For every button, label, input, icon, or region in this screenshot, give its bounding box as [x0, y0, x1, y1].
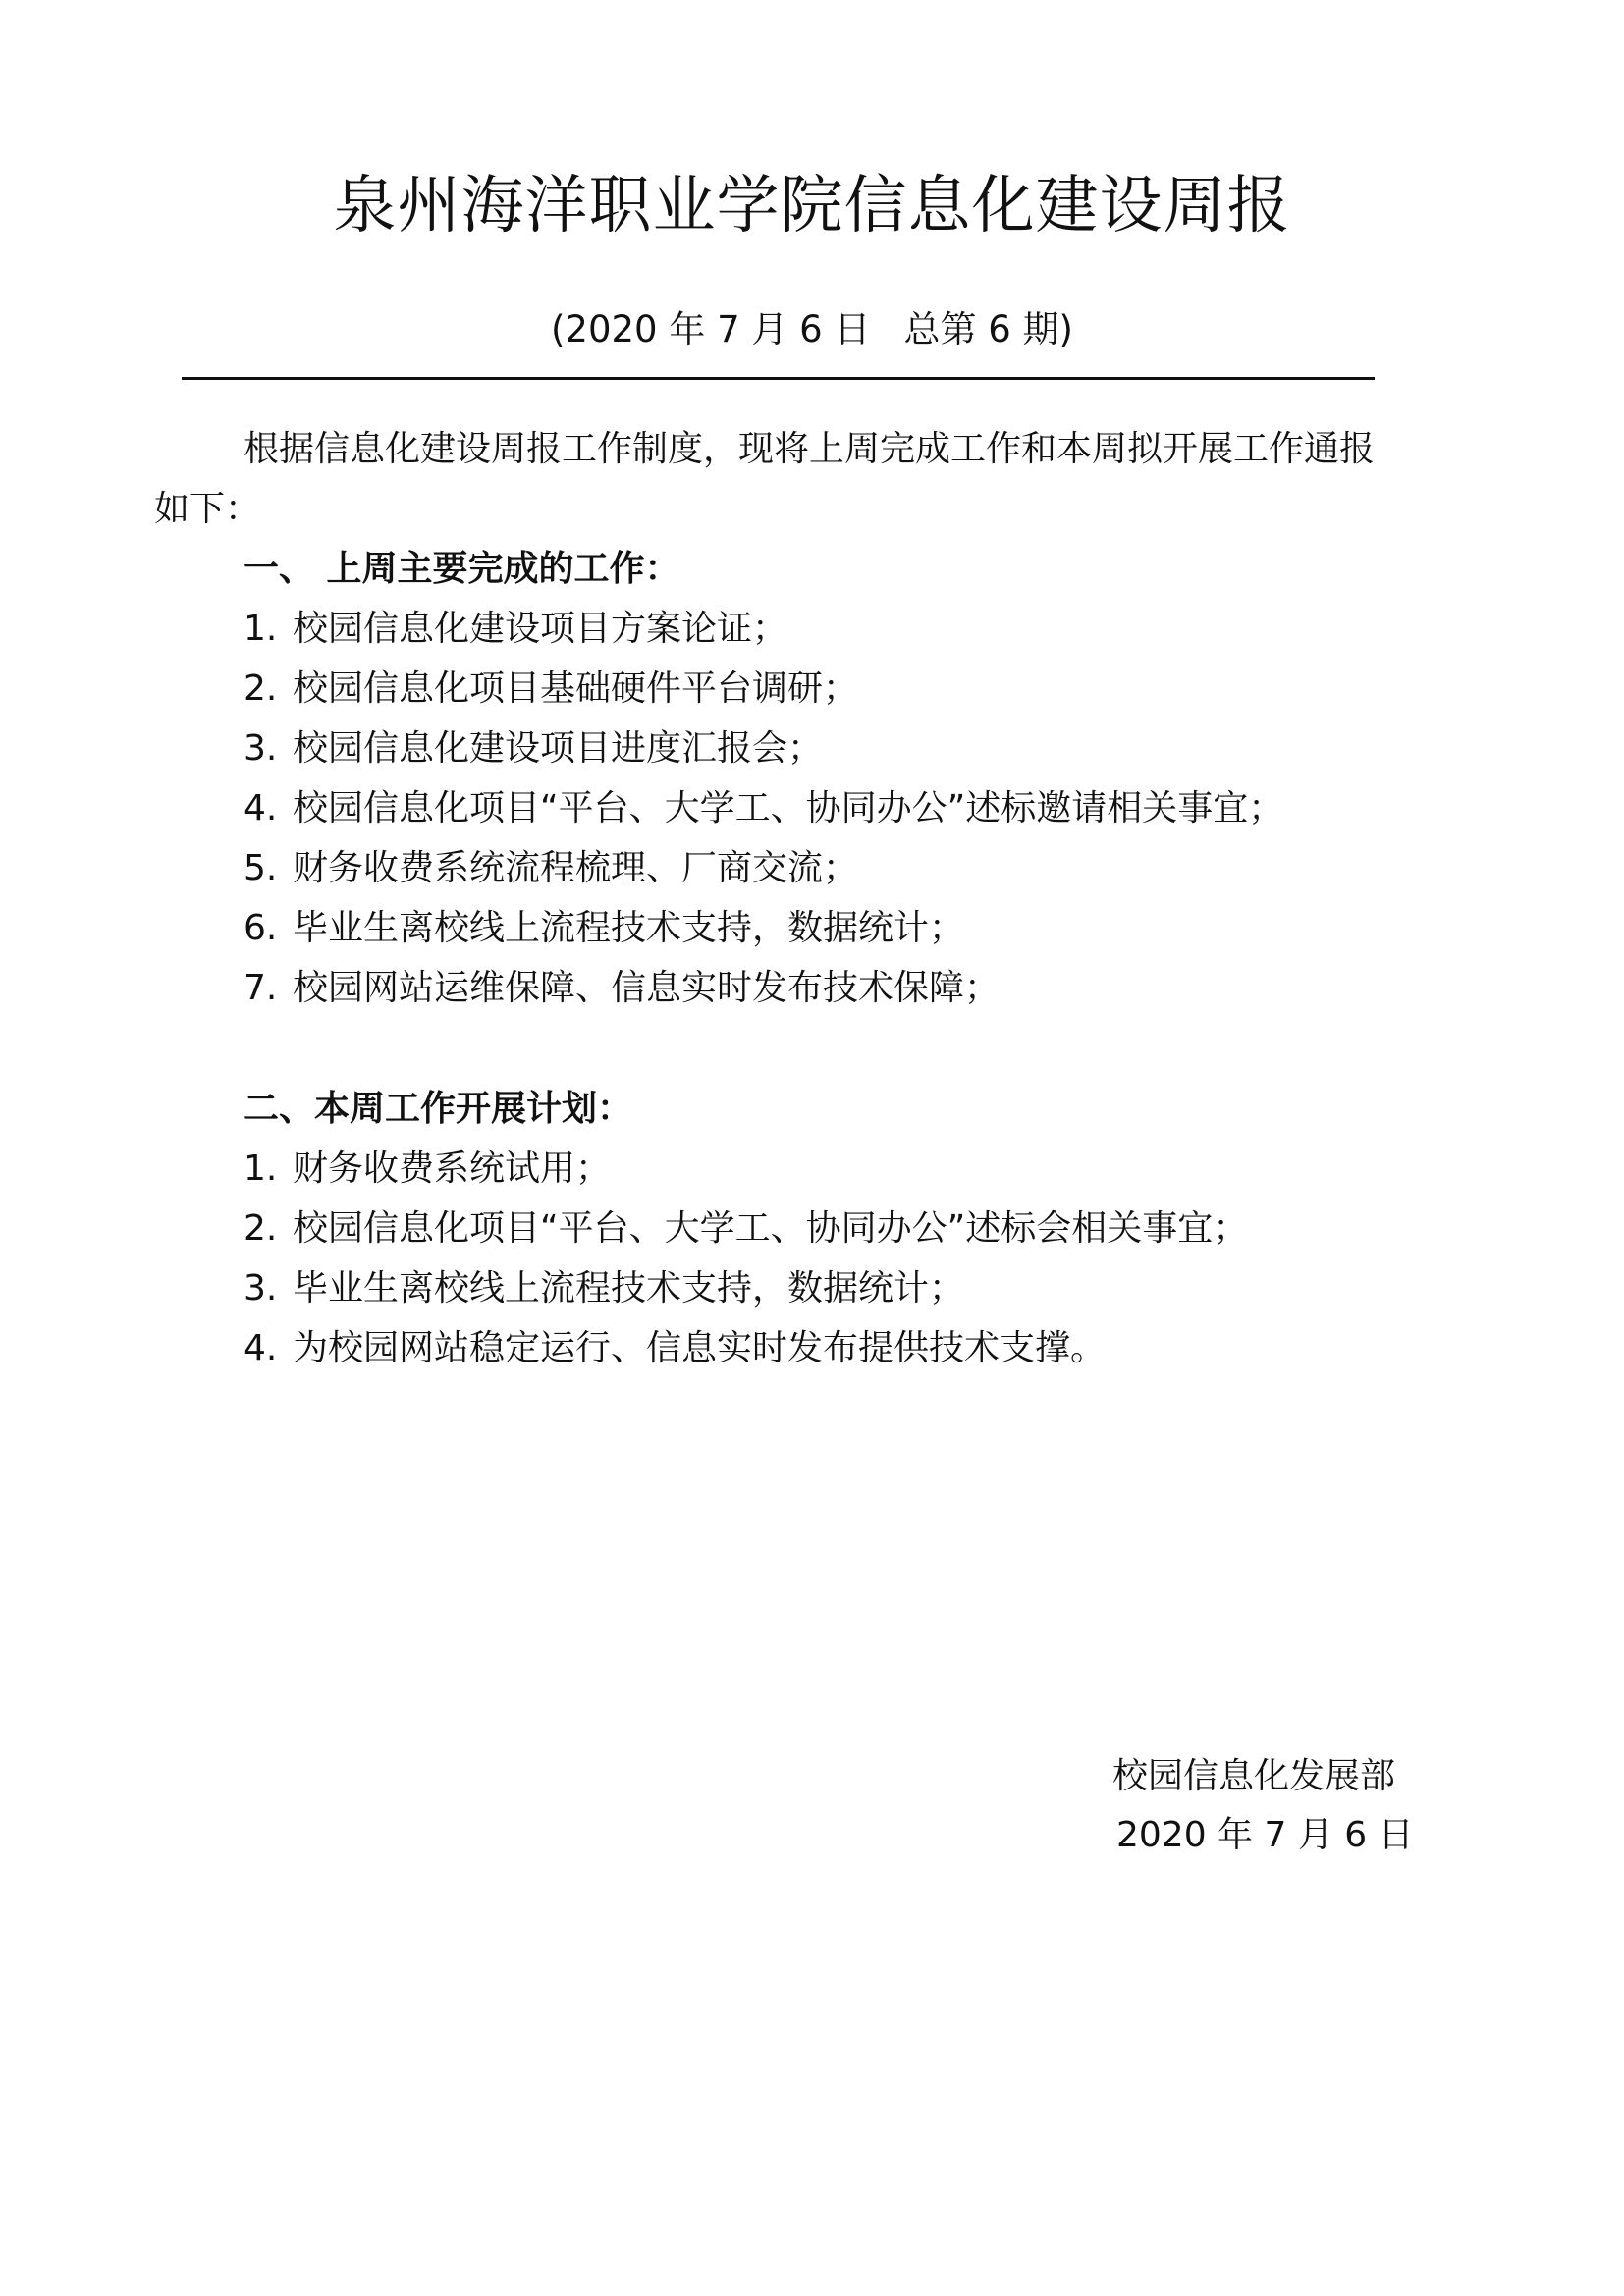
- list-item: 4.校园信息化项目“平台、大学工、协同办公”述标邀请相关事宜；: [244, 784, 1283, 833]
- signature-date: 2020 年 7 月 6 日: [1116, 1811, 1414, 1860]
- list-item: 2.校园信息化项目基础硬件平台调研；: [244, 665, 858, 714]
- list-item: 6.毕业生离校线上流程技术支持，数据统计；: [244, 904, 964, 953]
- list-item: 1.财务收费系统试用；: [244, 1145, 611, 1194]
- list-item: 1.校园信息化建设项目方案论证；: [244, 605, 787, 654]
- list-item: 4.为校园网站稳定运行、信息实时发布提供技术支撑。: [244, 1324, 1106, 1373]
- issue-date: (2020 年 7 月 6 日: [551, 308, 870, 350]
- document-subtitle: (2020 年 7 月 6 日总第 6 期): [0, 302, 1624, 357]
- list-item: 3.校园信息化建设项目进度汇报会；: [244, 724, 823, 774]
- section-heading-last-week: 一、 上周主要完成的工作：: [244, 545, 680, 594]
- list-item: 7.校园网站运维保障、信息实时发布技术保障；: [244, 964, 1000, 1013]
- signature-department: 校园信息化发展部: [1112, 1752, 1395, 1801]
- issue-number: 总第 6 期): [903, 308, 1073, 350]
- list-item: 3.毕业生离校线上流程技术支持，数据统计；: [244, 1264, 964, 1313]
- intro-paragraph-line-2: 如下：: [154, 485, 260, 534]
- list-item: 2.校园信息化项目“平台、大学工、协同办公”述标会相关事宜；: [244, 1204, 1248, 1254]
- document-title: 泉州海洋职业学院信息化建设周报: [0, 162, 1624, 250]
- section-heading-this-week: 二、本周工作开展计划：: [244, 1085, 632, 1134]
- header-divider: [182, 377, 1375, 380]
- list-item: 5.财务收费系统流程梳理、厂商交流；: [244, 844, 858, 893]
- intro-paragraph-line-1: 根据信息化建设周报工作制度，现将上周完成工作和本周拟开展工作通报: [244, 425, 1375, 474]
